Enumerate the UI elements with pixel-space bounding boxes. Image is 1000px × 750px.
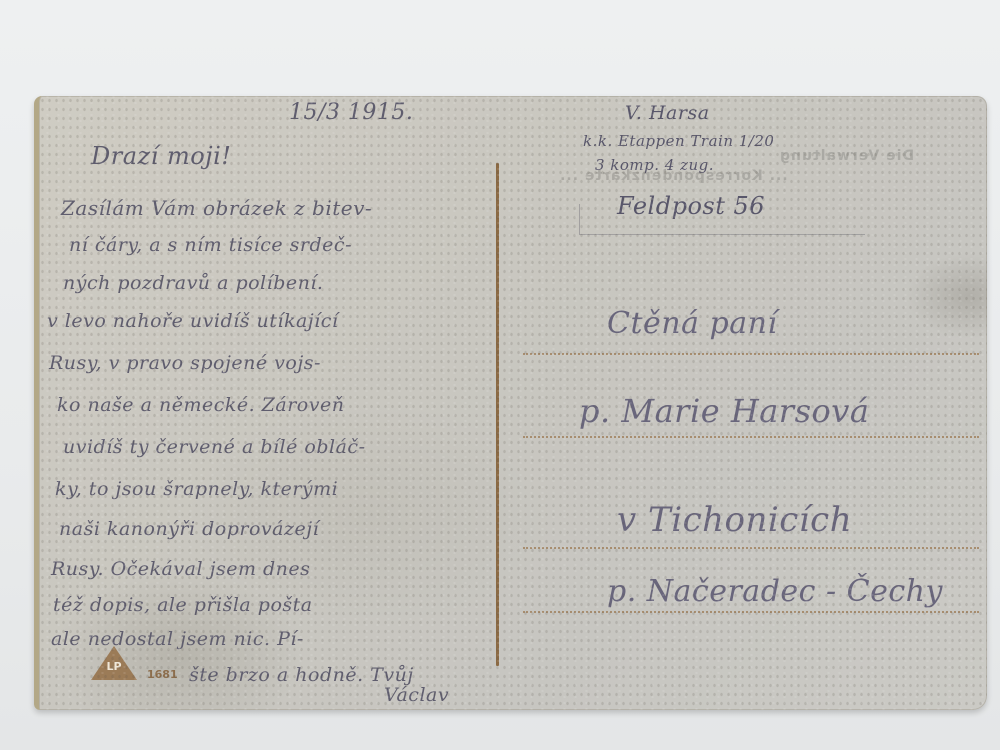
recipient-name: p. Marie Harsová <box>579 392 869 430</box>
recipient-salutation: Ctěná paní <box>607 306 778 341</box>
message-greeting: Drazí moji! <box>91 144 231 168</box>
recipient-post-office: p. Načeradec - Čechy <box>607 574 943 609</box>
faded-print-line: Die Verwaltung <box>779 148 914 164</box>
sender-unit: k.k. Etappen Train 1/20 <box>583 132 774 150</box>
address-line <box>523 611 979 613</box>
message-line: naši kanonýři doprovázejí <box>59 520 319 539</box>
message-line: v levo nahoře uvidíš utíkající <box>47 312 338 331</box>
message-line: ní čáry, a s ním tisíce srdeč- <box>69 236 352 255</box>
address-line <box>523 547 979 549</box>
publisher-logo-text: LP <box>99 660 129 673</box>
message-line: ky, to jsou šrapnely, kterými <box>55 480 338 499</box>
message-line: šte brzo a hodně. Tvůj <box>189 666 414 685</box>
message-line: Rusy. Očekával jsem dnes <box>51 560 310 579</box>
message-line: Zasílám Vám obrázek z bitev- <box>61 198 372 218</box>
sender-unit-company: 3 komp. 4 zug. <box>595 156 714 174</box>
publisher-number: 1681 <box>147 668 178 681</box>
message-line: též dopis, ale přišla pošta <box>53 596 313 615</box>
postcard: 15/3 1915. Drazí moji! Zasílám Vám obráz… <box>34 96 987 710</box>
card-divider-line <box>496 163 499 666</box>
message-line: uvidíš ty červené a bílé obláč- <box>63 438 366 457</box>
postcard-date: 15/3 1915. <box>289 100 413 125</box>
message-line: ko naše a německé. Zároveň <box>57 396 344 415</box>
message-signature: Václav <box>384 686 449 705</box>
sender-box-outline <box>579 204 865 235</box>
message-line: ných pozdravů a políbení. <box>63 274 323 293</box>
address-line <box>523 353 979 355</box>
recipient-town: v Tichonicích <box>617 500 852 540</box>
message-line: Rusy, v pravo spojené vojs- <box>49 354 321 373</box>
message-line: ale nedostal jsem nic. Pí- <box>51 630 304 649</box>
sender-name: V. Harsa <box>625 102 710 124</box>
address-line <box>523 436 979 438</box>
